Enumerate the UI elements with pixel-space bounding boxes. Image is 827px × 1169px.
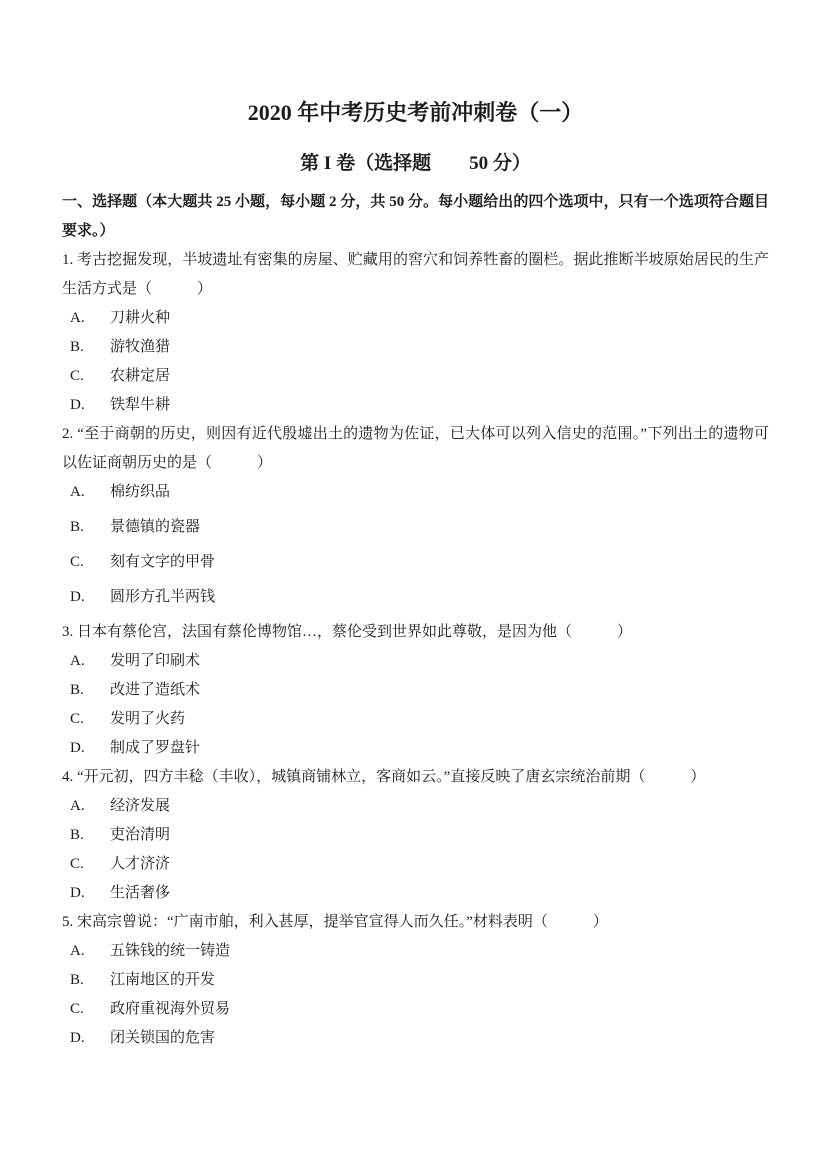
option-letter: B. <box>70 513 110 542</box>
option-letter: C. <box>70 362 110 391</box>
option-letter: A. <box>70 478 110 507</box>
option-text: 江南地区的开发 <box>110 972 215 988</box>
option-letter: D. <box>70 1024 110 1053</box>
option-text: 游牧渔猎 <box>110 339 170 355</box>
exam-document-page: 2020 年中考历史考前冲刺卷（一） 第 I 卷（选择题 50 分） 一、选择题… <box>0 0 827 1169</box>
option-text: 闭关锁国的危害 <box>110 1030 215 1046</box>
question-4: 4. “开元初，四方丰稔（丰收），城镇商铺林立，客商如云。”直接反映了唐玄宗统治… <box>62 763 769 908</box>
question-1-stem: 1. 考古挖掘发现，半坡遗址有密集的房屋、贮藏用的窖穴和饲养牲畜的圈栏。据此推断… <box>62 246 769 304</box>
option-text: 棉纺织品 <box>110 484 170 500</box>
question-3-option-c: C.发明了火药 <box>62 705 769 734</box>
option-text: 景德镇的瓷器 <box>110 519 200 535</box>
option-text: 改进了造纸术 <box>110 682 200 698</box>
question-5-option-d: D.闭关锁国的危害 <box>62 1024 769 1053</box>
option-text: 农耕定居 <box>110 368 170 384</box>
option-letter: B. <box>70 966 110 995</box>
option-letter: D. <box>70 391 110 420</box>
question-4-option-b: B.吏治清明 <box>62 821 769 850</box>
question-2: 2. “至于商朝的历史，则因有近代殷墟出土的遗物为佐证，已大体可以列入信史的范围… <box>62 420 769 612</box>
option-text: 生活奢侈 <box>110 885 170 901</box>
question-5: 5. 宋高宗曾说：“广南市舶，利入甚厚，提举官宣得人而久任。”材料表明（ ） A… <box>62 908 769 1053</box>
option-letter: D. <box>70 583 110 612</box>
question-2-stem: 2. “至于商朝的历史，则因有近代殷墟出土的遗物为佐证，已大体可以列入信史的范围… <box>62 420 769 478</box>
option-text: 发明了火药 <box>110 711 185 727</box>
section-subtitle: 第 I 卷（选择题 50 分） <box>62 150 769 178</box>
question-4-stem: 4. “开元初，四方丰稔（丰收），城镇商铺林立，客商如云。”直接反映了唐玄宗统治… <box>62 763 769 792</box>
question-4-option-a: A.经济发展 <box>62 792 769 821</box>
option-letter: C. <box>70 850 110 879</box>
option-letter: C. <box>70 995 110 1024</box>
option-text: 经济发展 <box>110 798 170 814</box>
option-letter: A. <box>70 304 110 333</box>
option-text: 铁犁牛耕 <box>110 397 170 413</box>
option-text: 政府重视海外贸易 <box>110 1001 230 1017</box>
option-text: 制成了罗盘针 <box>110 740 200 756</box>
question-1-option-b: B.游牧渔猎 <box>62 333 769 362</box>
option-text: 吏治清明 <box>110 827 170 843</box>
question-4-option-d: D.生活奢侈 <box>62 879 769 908</box>
option-letter: B. <box>70 333 110 362</box>
option-text: 刻有文字的甲骨 <box>110 554 215 570</box>
question-2-option-d: D.圆形方孔半两钱 <box>62 583 769 612</box>
question-2-option-a: A.棉纺织品 <box>62 478 769 507</box>
question-1-option-d: D.铁犁牛耕 <box>62 391 769 420</box>
question-2-option-b: B.景德镇的瓷器 <box>62 513 769 542</box>
option-text: 刀耕火种 <box>110 310 170 326</box>
option-letter: B. <box>70 676 110 705</box>
option-letter: A. <box>70 792 110 821</box>
option-letter: C. <box>70 548 110 577</box>
question-3-stem: 3. 日本有蔡伦宫，法国有蔡伦博物馆…，蔡伦受到世界如此尊敬，是因为他（ ） <box>62 618 769 647</box>
question-4-option-c: C.人才济济 <box>62 850 769 879</box>
question-5-option-c: C.政府重视海外贸易 <box>62 995 769 1024</box>
question-3-option-d: D.制成了罗盘针 <box>62 734 769 763</box>
option-letter: B. <box>70 821 110 850</box>
question-5-option-b: B.江南地区的开发 <box>62 966 769 995</box>
option-letter: A. <box>70 937 110 966</box>
question-2-option-c: C.刻有文字的甲骨 <box>62 548 769 577</box>
option-letter: D. <box>70 734 110 763</box>
option-text: 发明了印刷术 <box>110 653 200 669</box>
question-5-option-a: A.五铢钱的统一铸造 <box>62 937 769 966</box>
question-3-option-b: B.改进了造纸术 <box>62 676 769 705</box>
question-1-option-c: C.农耕定居 <box>62 362 769 391</box>
option-text: 五铢钱的统一铸造 <box>110 943 230 959</box>
option-letter: C. <box>70 705 110 734</box>
option-letter: A. <box>70 647 110 676</box>
question-1-option-a: A.刀耕火种 <box>62 304 769 333</box>
option-text: 圆形方孔半两钱 <box>110 589 215 605</box>
page-title: 2020 年中考历史考前冲刺卷（一） <box>62 98 769 128</box>
option-letter: D. <box>70 879 110 908</box>
question-3-option-a: A.发明了印刷术 <box>62 647 769 676</box>
question-5-stem: 5. 宋高宗曾说：“广南市舶，利入甚厚，提举官宣得人而久任。”材料表明（ ） <box>62 908 769 937</box>
option-text: 人才济济 <box>110 856 170 872</box>
section-instruction: 一、选择题（本大题共 25 小题，每小题 2 分，共 50 分。每小题给出的四个… <box>62 188 769 246</box>
question-3: 3. 日本有蔡伦宫，法国有蔡伦博物馆…，蔡伦受到世界如此尊敬，是因为他（ ） A… <box>62 618 769 763</box>
question-1: 1. 考古挖掘发现，半坡遗址有密集的房屋、贮藏用的窖穴和饲养牲畜的圈栏。据此推断… <box>62 246 769 420</box>
